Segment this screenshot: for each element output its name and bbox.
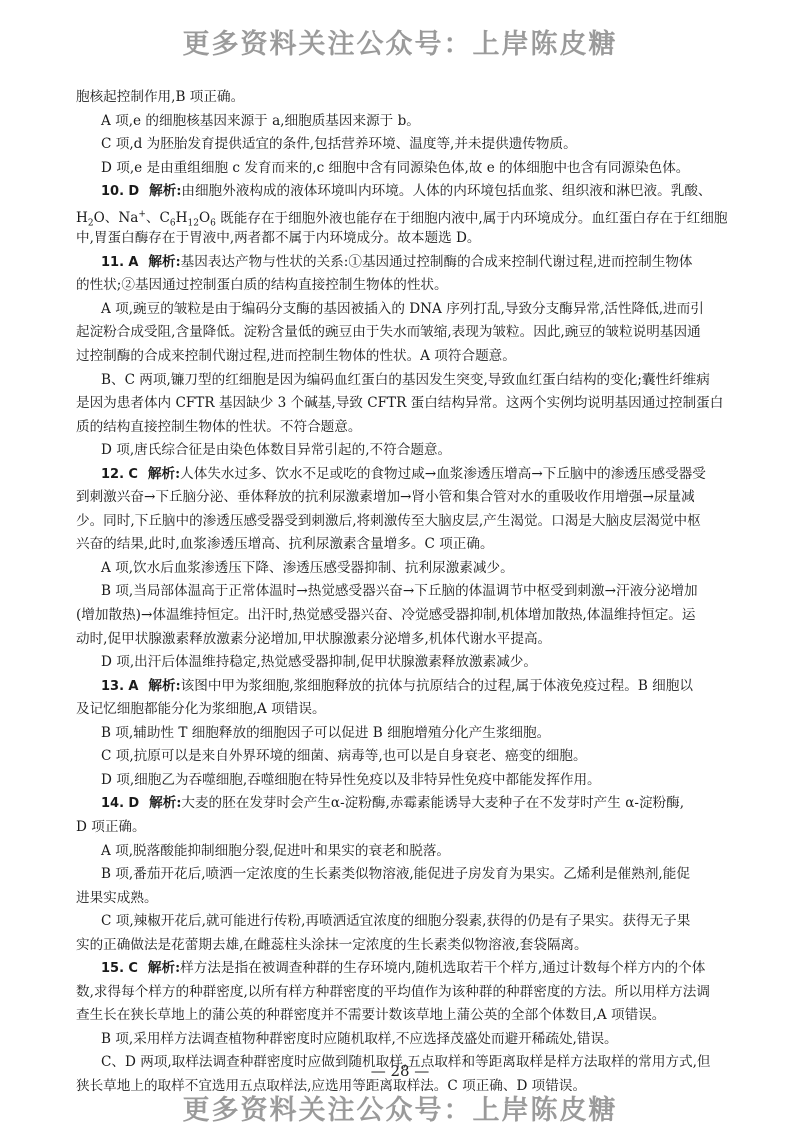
question-answer: A [128, 679, 138, 694]
text-line: 样方法是指在被调查种群的生存环境内,随机选取若干个样方,通过计数每个样方内的个体 [180, 960, 705, 976]
question-answer: C [128, 467, 138, 482]
text-line: 中,胃蛋白酶存在于胃液中,两者都不属于内环境成分。故本题选 D。 [76, 227, 728, 251]
question-number: 10. [101, 184, 124, 199]
question-answer: C [128, 961, 138, 976]
page-number: — 28 — [0, 1062, 800, 1080]
text-line: 实的正确做法是花蕾期去雄,在雌蕊柱头涂抹一定浓度的生长素类似物溶液,套袋隔离。 [76, 934, 728, 958]
text-line: 胞核起控制作用,B 项正确。 [76, 86, 728, 110]
question-number: 13. [101, 679, 124, 694]
text-line: 由细胞外液构成的液体环境叫内环境。人体的内环境包括血浆、组织液和淋巴液。乳酸、 [181, 183, 711, 199]
question-number: 14. [101, 796, 124, 811]
analysis-label: 解析: [149, 183, 181, 199]
text-line: 起淀粉合成受阻,含量降低。淀粉含量低的豌豆由于失水而皱缩,表现为皱粒。因此,豌豆… [76, 321, 728, 345]
text-line: 过控制酶的合成来控制代谢过程,进而控制生物体的性状。A 项符合题意。 [76, 345, 728, 369]
text-line: B 项,采用样方法调查植物种群密度时应随机取样,不应选择茂盛处而避开稀疏处,错误… [76, 1028, 728, 1052]
question-13-header: 13. A解析:该图中甲为浆细胞,浆细胞释放的抗体与抗原结合的过程,属于体液免疫… [76, 675, 728, 699]
text-line: B 项,当局部体温高于正常体温时→热觉感受器兴奋→下丘脑的体温调节中枢受到刺激→… [76, 580, 728, 604]
text-line: 基因表达产物与性状的关系:①基因通过控制酶的合成来控制代谢过程,进而控制生物体 [181, 254, 693, 270]
watermark-bottom: 更多资料关注公众号：上岸陈皮糖 [0, 1088, 800, 1127]
question-15-header: 15. C解析:样方法是指在被调查种群的生存环境内,随机选取若干个样方,通过计数… [76, 957, 728, 981]
question-answer: D [128, 796, 139, 811]
analysis-label: 解析: [148, 960, 180, 976]
text-line: D 项,e 是由重组细胞 c 发育而来的,c 细胞中含有同源染色体,故 e 的体… [76, 157, 728, 181]
analysis-label: 解析: [148, 466, 180, 482]
analysis-label: 解析: [148, 678, 180, 694]
text-line: 进果实成熟。 [76, 887, 728, 911]
question-number: 15. [101, 961, 124, 976]
text-line: 数,求得每个样方的种群密度,以所有样方种群密度的平均值作为该种群的种群密度的方法… [76, 981, 728, 1005]
text-line: C 项,辣椒开花后,就可能进行传粉,再喷洒适宜浓度的细胞分裂素,获得的仍是有子果… [76, 910, 728, 934]
text-line: D 项正确。 [76, 816, 728, 840]
text-line: D 项,唐氏综合征是由染色体数目异常引起的,不符合题意。 [76, 439, 728, 463]
question-12-header: 12. C解析:人体失水过多、饮水不足或吃的食物过咸→血浆渗透压增高→下丘脑中的… [76, 463, 728, 487]
text-line: A 项,脱落酸能抑制细胞分裂,促进叶和果实的衰老和脱落。 [76, 840, 728, 864]
analysis-label: 解析: [148, 254, 180, 270]
text-line: D 项,出汗后体温维持稳定,热觉感受器抑制,促甲状腺激素释放激素减少。 [76, 651, 728, 675]
text-line: A 项,豌豆的皱粒是由于编码分支酶的基因被插入的 DNA 序列打乱,导致分支酶异… [76, 298, 728, 322]
question-answer: D [128, 184, 139, 199]
text-line: 是因为患者体内 CFTR 基因缺少 3 个碱基,导致 CFTR 蛋白结构异常。这… [76, 392, 728, 416]
answer-explanations: 胞核起控制作用,B 项正确。 A 项,e 的细胞核基因来源于 a,细胞质基因来源… [76, 86, 728, 1099]
text-line: 质的结构直接控制生物体的性状。不符合题意。 [76, 416, 728, 440]
text-line: B 项,番茄开花后,喷洒一定浓度的生长素类似物溶液,能促进子房发育为果实。乙烯利… [76, 863, 728, 887]
text-line: 及记忆细胞都能分化为浆细胞,A 项错误。 [76, 698, 728, 722]
question-number: 11. [101, 255, 124, 270]
text-line: 大麦的胚在发芽时会产生α-淀粉酶,赤霉素能诱导大麦种子在不发芽时产生 α-淀粉酶… [181, 795, 684, 811]
text-line: B、C 两项,镰刀型的红细胞是因为编码血红蛋白的基因发生突变,导致血红蛋白结构的… [76, 369, 728, 393]
analysis-label: 解析: [149, 795, 181, 811]
text-line: 该图中甲为浆细胞,浆细胞释放的抗体与抗原结合的过程,属于体液免疫过程。B 细胞以 [181, 678, 693, 694]
text-line: C 项,抗原可以是来自外界环境的细菌、病毒等,也可以是自身衰老、癌变的细胞。 [76, 745, 728, 769]
question-answer: A [128, 255, 138, 270]
chemical-formula: H2O、Na+、C6H12O6 [76, 210, 220, 226]
text-line: B 项,辅助性 T 细胞释放的细胞因子可以促进 B 细胞增殖分化产生浆细胞。 [76, 722, 728, 746]
text-line: A 项,e 的细胞核基因来源于 a,细胞质基因来源于 b。 [76, 110, 728, 134]
question-11-header: 11. A解析:基因表达产物与性状的关系:①基因通过控制酶的合成来控制代谢过程,… [76, 251, 728, 275]
text-line: (增加散热)→体温维持恒定。出汗时,热觉感受器兴奋、冷觉感受器抑制,机体增加散热… [76, 604, 728, 628]
text-line: C 项,d 为胚胎发育提供适宜的条件,包括营养环境、温度等,并未提供遗传物质。 [76, 133, 728, 157]
watermark-top: 更多资料关注公众号：上岸陈皮糖 [0, 22, 800, 61]
text-line: 兴奋的结果,此时,血浆渗透压增高、抗利尿激素含量增多。C 项正确。 [76, 533, 728, 557]
question-10-header: 10. D解析:由细胞外液构成的液体环境叫内环境。人体的内环境包括血浆、组织液和… [76, 180, 728, 204]
text-line: 查生长在狭长草地上的蒲公英的种群密度并不需要计数该草地上蒲公英的全部个体数目,A… [76, 1004, 728, 1028]
text-line: D 项,细胞乙为吞噬细胞,吞噬细胞在特异性免疫以及非特异性免疫中都能发挥作用。 [76, 769, 728, 793]
text-line: 的性状;②基因通过控制蛋白质的结构直接控制生物体的性状。 [76, 274, 728, 298]
text-line: 少。同时,下丘脑中的渗透压感受器受到刺激后,将刺激传至大脑皮层,产生渴觉。口渴是… [76, 510, 728, 534]
text-line: 动时,促甲状腺激素释放激素分泌增加,甲状腺激素分泌增多,机体代谢水平提高。 [76, 628, 728, 652]
question-number: 12. [101, 467, 124, 482]
text-line: 人体失水过多、饮水不足或吃的食物过咸→血浆渗透压增高→下丘脑中的渗透压感受器受 [180, 466, 706, 482]
text-line: A 项,饮水后血浆渗透压下降、渗透压感受器抑制、抗利尿激素减少。 [76, 557, 728, 581]
formula-line: H2O、Na+、C6H12O6 既能存在于细胞外液也能存在于细胞内液中,属于内环… [76, 204, 728, 228]
question-14-header: 14. D解析:大麦的胚在发芽时会产生α-淀粉酶,赤霉素能诱导大麦种子在不发芽时… [76, 792, 728, 816]
text-line: 到刺激兴奋→下丘脑分泌、垂体释放的抗利尿激素增加→肾小管和集合管对水的重吸收作用… [76, 486, 728, 510]
